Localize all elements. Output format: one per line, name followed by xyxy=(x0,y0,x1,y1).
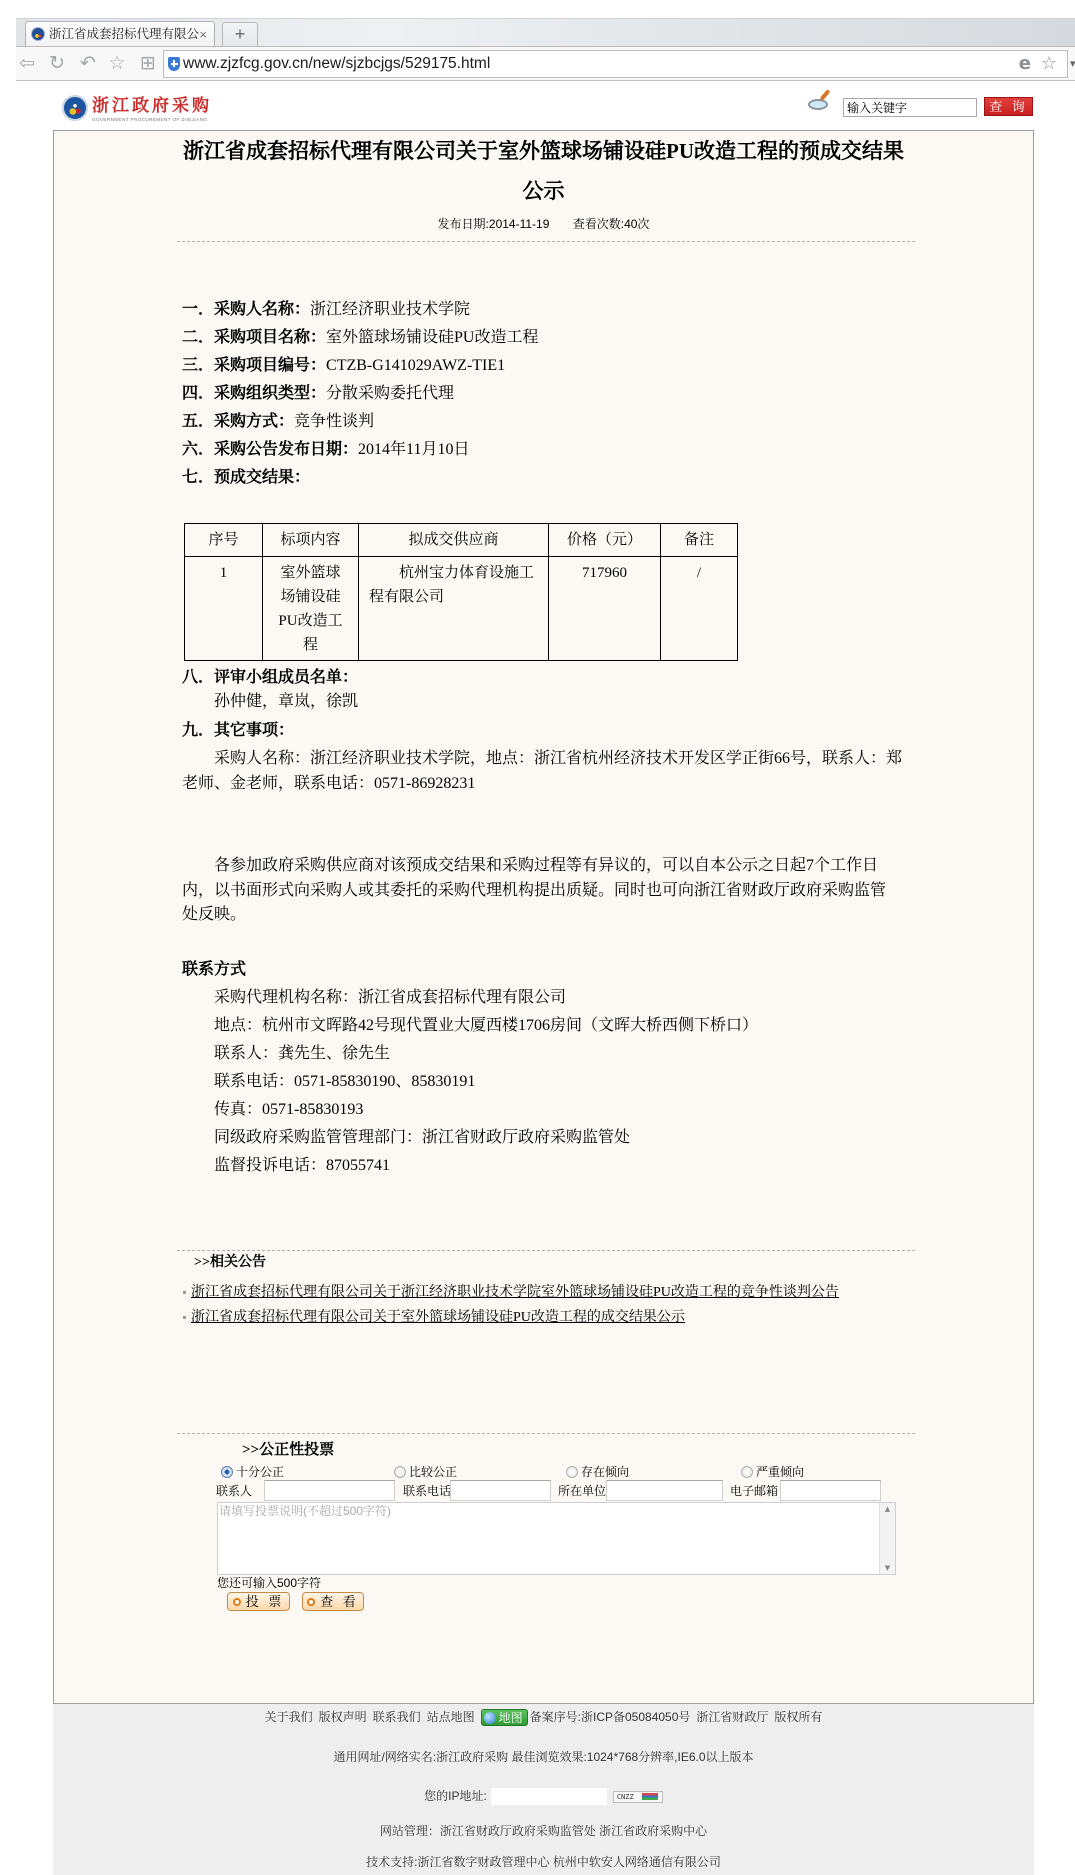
organization-input[interactable] xyxy=(606,1480,723,1501)
title-divider xyxy=(177,241,915,242)
site-logo-emblem-icon[interactable] xyxy=(62,95,88,121)
bookmark-star-icon[interactable] xyxy=(1041,53,1057,75)
footer-owner: 浙江省财政厅 xyxy=(696,1710,768,1724)
search-magnifier-icon xyxy=(808,99,828,110)
vote-option-biased[interactable]: 存在倾向 xyxy=(566,1464,629,1480)
contact-phone-input[interactable] xyxy=(450,1480,551,1501)
radio-label: 比较公正 xyxy=(409,1464,457,1480)
contact-address: 地点：杭州市文晖路42号现代置业大厦西楼1706房间（文晖大桥西侧下桥口） xyxy=(214,1012,758,1040)
radio-label: 严重倾向 xyxy=(756,1464,804,1480)
article-meta: 发布日期:2014-11-19 查看次数:40次 xyxy=(54,214,1033,234)
publish-date-value: 2014-11-19 xyxy=(489,217,550,231)
related-notice-link[interactable]: 浙江省成套招标代理有限公司关于室外篮球场铺设硅PU改造工程的成交结果公示 xyxy=(191,1310,685,1325)
footer-links-row: 关于我们版权声明联系我们站点地图地图备案序号:浙ICP备05084050号浙江省… xyxy=(53,1708,1034,1726)
footer-browse-info: 通用网址/网络实名:浙江政府采购 最佳浏览效果:1024*768分辨率,IE6.… xyxy=(53,1748,1034,1766)
other-matters-paragraph-1: 采购人名称：浙江经济职业技术学院，地点：浙江省杭州经济技术开发区学正街66号，联… xyxy=(182,746,912,796)
item-number: 六． xyxy=(182,441,214,458)
scroll-down-arrow-icon[interactable] xyxy=(880,1562,895,1574)
article-title: 浙江省成套招标代理有限公司关于室外篮球场铺设硅PU改造工程的预成交结果公示 xyxy=(179,131,909,211)
new-tab-button[interactable]: + xyxy=(222,22,258,47)
section-number: 八． xyxy=(182,669,214,686)
footer-link-copyright[interactable]: 版权声明 xyxy=(319,1710,367,1724)
info-item-method: 五．采购方式：竞争性谈判 xyxy=(182,408,912,436)
item-label-text: 采购项目名称： xyxy=(214,329,326,346)
search-input[interactable] xyxy=(843,98,977,117)
contact-phone-label: 联系电话 xyxy=(403,1481,451,1501)
textarea-scrollbar[interactable] xyxy=(879,1503,895,1574)
item-label-text: 采购人名称： xyxy=(214,301,310,318)
footer-management: 网站管理：浙江省财政厅政府采购监管处 浙江省政府采购中心 xyxy=(53,1822,1034,1840)
footer-link-contact[interactable]: 联系我们 xyxy=(373,1710,421,1724)
info-item-purchaser: 一．采购人名称：浙江经济职业技术学院 xyxy=(182,296,912,324)
list-item: 浙江省成套招标代理有限公司关于浙江经济职业技术学院室外篮球场铺设硅PU改造工程的… xyxy=(183,1280,839,1305)
item-value: 室外篮球场铺设硅PU改造工程 xyxy=(326,329,538,346)
contact-supervisor: 同级政府采购监管管理部门：浙江省财政厅政府采购监管处 xyxy=(214,1124,758,1152)
article-title-block: 浙江省成套招标代理有限公司关于室外篮球场铺设硅PU改造工程的预成交结果公示 xyxy=(54,131,1033,211)
radio-label: 十分公正 xyxy=(236,1464,284,1480)
search-magnifier-handle-icon xyxy=(820,89,831,101)
tab-title: 浙江省成套招标代理有限公 xyxy=(49,22,201,47)
cnzz-bars-icon xyxy=(642,1793,658,1800)
review-panel-members: 孙仲健，章岚，徐凯 xyxy=(214,690,358,714)
item-value: 2014年11月10日 xyxy=(358,441,469,458)
related-notices-list: 浙江省成套招标代理有限公司关于浙江经济职业技术学院室外篮球场铺设硅PU改造工程的… xyxy=(183,1280,839,1330)
section-number: 九． xyxy=(182,722,214,739)
item-label-text: 采购组织类型： xyxy=(214,385,326,402)
related-notices-heading: >>相关公告 xyxy=(194,1254,266,1272)
view-results-button[interactable]: 查 看 xyxy=(302,1592,364,1611)
submit-vote-label: 投 票 xyxy=(246,1593,285,1610)
item-number: 二． xyxy=(182,329,214,346)
cell-item: 室外篮球场铺设硅PU改造工程 xyxy=(263,557,359,661)
contact-name-label: 联系人 xyxy=(216,1481,252,1501)
restore-undo-icon[interactable] xyxy=(78,52,98,74)
item-number: 七． xyxy=(182,469,214,486)
contact-phone: 联系电话：0571-85830190、85830191 xyxy=(214,1068,758,1096)
ip-label: 您的IP地址: xyxy=(424,1789,487,1803)
bullet-icon xyxy=(183,1316,186,1319)
item-label: 二．采购项目名称： xyxy=(182,329,326,346)
info-item-project-name: 二．采购项目名称：室外篮球场铺设硅PU改造工程 xyxy=(182,324,912,352)
item-value: CTZB-G141029AWZ-TIE1 xyxy=(326,357,505,374)
favorites-star-icon[interactable] xyxy=(107,52,127,74)
fairness-vote-heading: >>公正性投票 xyxy=(242,1441,334,1459)
view-count: 查看次数:40次 xyxy=(573,214,650,234)
compatibility-view-icon[interactable] xyxy=(1019,53,1031,75)
review-panel-heading: 八．评审小组成员名单： xyxy=(182,664,358,692)
map-badge-label: 地图 xyxy=(499,1709,523,1727)
tab-strip: 浙江省成套招标代理有限公 + xyxy=(16,18,1075,46)
item-label: 四．采购组织类型： xyxy=(182,385,326,402)
item-label-text: 采购项目编号： xyxy=(214,357,326,374)
url-text[interactable]: www.zjzfcg.gov.cn/new/sjzbcjgs/529175.ht… xyxy=(183,51,490,77)
related-divider xyxy=(177,1250,915,1251)
scroll-up-arrow-icon[interactable] xyxy=(880,1503,895,1515)
radio-very-fair[interactable] xyxy=(221,1466,233,1478)
item-value: 分散采购委托代理 xyxy=(326,385,454,402)
vote-option-fairly-fair[interactable]: 比较公正 xyxy=(394,1464,457,1480)
orange-dot-icon xyxy=(307,1598,315,1606)
col-header-index: 序号 xyxy=(185,524,263,557)
cell-price: 717960 xyxy=(549,557,661,661)
related-notice-link[interactable]: 浙江省成套招标代理有限公司关于浙江经济职业技术学院室外篮球场铺设硅PU改造工程的… xyxy=(191,1285,839,1300)
radio-biased[interactable] xyxy=(566,1466,578,1478)
contact-agency: 采购代理机构名称：浙江省成套招标代理有限公司 xyxy=(214,984,758,1012)
security-shield-icon xyxy=(168,57,180,71)
refresh-icon[interactable] xyxy=(47,52,67,74)
address-bar[interactable]: www.zjzfcg.gov.cn/new/sjzbcjgs/529175.ht… xyxy=(163,50,1068,78)
publish-date: 发布日期:2014-11-19 xyxy=(438,214,550,234)
item-label: 五．采购方式： xyxy=(182,413,294,430)
table-row: 1 室外篮球场铺设硅PU改造工程 杭州宝力体育设施工程有限公司 717960 / xyxy=(185,557,738,661)
email-label: 电子邮箱 xyxy=(730,1481,778,1501)
app-grid-icon[interactable] xyxy=(138,52,158,74)
item-label-text: 采购公告发布日期： xyxy=(214,441,358,458)
contact-info: 采购代理机构名称：浙江省成套招标代理有限公司 地点：杭州市文晖路42号现代置业大… xyxy=(214,984,758,1180)
item-value: 浙江经济职业技术学院 xyxy=(310,301,470,318)
item-number: 四． xyxy=(182,385,214,402)
other-matters-heading: 九．其它事项： xyxy=(182,717,294,745)
section-heading-text: 其它事项： xyxy=(214,722,294,739)
bullet-icon xyxy=(183,1291,186,1294)
vote-option-severely-biased[interactable]: 严重倾向 xyxy=(741,1464,804,1480)
submit-vote-button[interactable]: 投 票 xyxy=(227,1592,290,1611)
footer-tech-support: 技术支持:浙江省数字财政管理中心 杭州中软安人网络通信有限公司 xyxy=(53,1853,1034,1871)
footer-link-about[interactable]: 关于我们 xyxy=(265,1710,313,1724)
footer-ip-row: 您的IP地址:CNZZ xyxy=(53,1787,1034,1805)
contact-name-input[interactable] xyxy=(264,1480,395,1501)
table-header-row: 序号 标项内容 拟成交供应商 价格（元） 备注 xyxy=(185,524,738,557)
contact-fax: 传真：0571-85830193 xyxy=(214,1096,758,1124)
col-header-item: 标项内容 xyxy=(263,524,359,557)
info-items: 一．采购人名称：浙江经济职业技术学院 二．采购项目名称：室外篮球场铺设硅PU改造… xyxy=(182,296,912,492)
site-logo-text[interactable]: 浙江政府采购 xyxy=(92,96,212,117)
item-label: 三．采购项目编号： xyxy=(182,357,326,374)
cell-remark: / xyxy=(661,557,738,661)
item-label: 一．采购人名称： xyxy=(182,301,310,318)
footer-link-sitemap[interactable]: 站点地图 xyxy=(427,1710,475,1724)
site-favicon-icon xyxy=(31,27,45,41)
item-label: 六．采购公告发布日期： xyxy=(182,441,358,458)
radio-label: 存在倾向 xyxy=(581,1464,629,1480)
item-number: 五． xyxy=(182,413,214,430)
item-label-text: 预成交结果： xyxy=(214,469,310,486)
back-arrow-icon[interactable] xyxy=(17,52,37,74)
browser-chrome: 浙江省成套招标代理有限公 + www.zjzfcg.gov.cn/new/sjz… xyxy=(0,0,1075,81)
close-tab-icon[interactable] xyxy=(199,22,207,47)
vote-comment-textarea[interactable] xyxy=(217,1502,896,1575)
info-item-notice-date: 六．采购公告发布日期：2014年11月10日 xyxy=(182,436,912,464)
plus-icon: + xyxy=(235,24,246,44)
contact-person: 联系人：龚先生、徐先生 xyxy=(214,1040,758,1068)
footer-rights: 版权所有 xyxy=(774,1710,822,1724)
cell-index: 1 xyxy=(185,557,263,661)
browser-toolbar: www.zjzfcg.gov.cn/new/sjzbcjgs/529175.ht… xyxy=(16,46,1075,81)
view-count-value: 40次 xyxy=(624,217,649,231)
contact-heading: 联系方式 xyxy=(182,956,246,984)
info-item-org-type: 四．采购组织类型：分散采购委托代理 xyxy=(182,380,912,408)
email-input[interactable] xyxy=(780,1480,881,1501)
organization-label: 所在单位 xyxy=(558,1481,606,1501)
item-value: 竞争性谈判 xyxy=(294,413,374,430)
cell-supplier: 杭州宝力体育设施工程有限公司 xyxy=(359,557,549,661)
col-header-supplier: 拟成交供应商 xyxy=(359,524,549,557)
cnzz-stats-badge[interactable]: CNZZ xyxy=(613,1791,663,1803)
item-label-text: 采购方式： xyxy=(214,413,294,430)
info-item-result: 七．预成交结果： xyxy=(182,464,912,492)
section-heading-text: 评审小组成员名单： xyxy=(214,669,358,686)
result-table: 序号 标项内容 拟成交供应商 价格（元） 备注 1 室外篮球场铺设硅PU改造工程… xyxy=(184,523,738,661)
col-header-remark: 备注 xyxy=(661,524,738,557)
globe-icon xyxy=(484,1712,496,1724)
info-item-project-number: 三．采购项目编号：CTZB-G141029AWZ-TIE1 xyxy=(182,352,912,380)
col-header-price: 价格（元） xyxy=(549,524,661,557)
ip-address-field xyxy=(491,1788,607,1805)
address-dropdown-icon[interactable] xyxy=(1070,56,1075,72)
publish-date-label: 发布日期: xyxy=(438,217,489,231)
radio-severely-biased[interactable] xyxy=(741,1466,753,1478)
search-button[interactable]: 查 询 xyxy=(984,97,1033,116)
view-results-label: 查 看 xyxy=(320,1593,359,1610)
site-logo-subtitle: GOVERNMENT PROCUREMENT OF ZHEJIANG xyxy=(92,117,207,123)
item-label: 七．预成交结果： xyxy=(182,469,310,486)
remaining-chars-counter: 您还可输入500字符 xyxy=(217,1576,321,1590)
cnzz-label: CNZZ xyxy=(617,1792,634,1802)
orange-dot-icon xyxy=(233,1598,241,1606)
vote-option-very-fair[interactable]: 十分公正 xyxy=(221,1464,284,1480)
other-matters-paragraph-2: 各参加政府采购供应商对该预成交结果和采购过程等有异议的，可以自本公示之日起7个工… xyxy=(182,854,892,928)
icp-record: 备案序号:浙ICP备05084050号 xyxy=(530,1710,691,1724)
list-item: 浙江省成套招标代理有限公司关于室外篮球场铺设硅PU改造工程的成交结果公示 xyxy=(183,1305,839,1330)
radio-fairly-fair[interactable] xyxy=(394,1466,406,1478)
item-number: 三． xyxy=(182,357,214,374)
tab-active[interactable]: 浙江省成套招标代理有限公 xyxy=(25,21,215,47)
vote-divider xyxy=(177,1433,915,1434)
view-count-label: 查看次数: xyxy=(573,217,624,231)
article-panel: 浙江省成套招标代理有限公司关于室外篮球场铺设硅PU改造工程的预成交结果公示 发布… xyxy=(53,130,1034,1704)
map-badge-button[interactable]: 地图 xyxy=(481,1709,528,1726)
site-footer: 关于我们版权声明联系我们站点地图地图备案序号:浙ICP备05084050号浙江省… xyxy=(53,1704,1034,1875)
contact-complaint-phone: 监督投诉电话：87055741 xyxy=(214,1152,758,1180)
item-number: 一． xyxy=(182,301,214,318)
